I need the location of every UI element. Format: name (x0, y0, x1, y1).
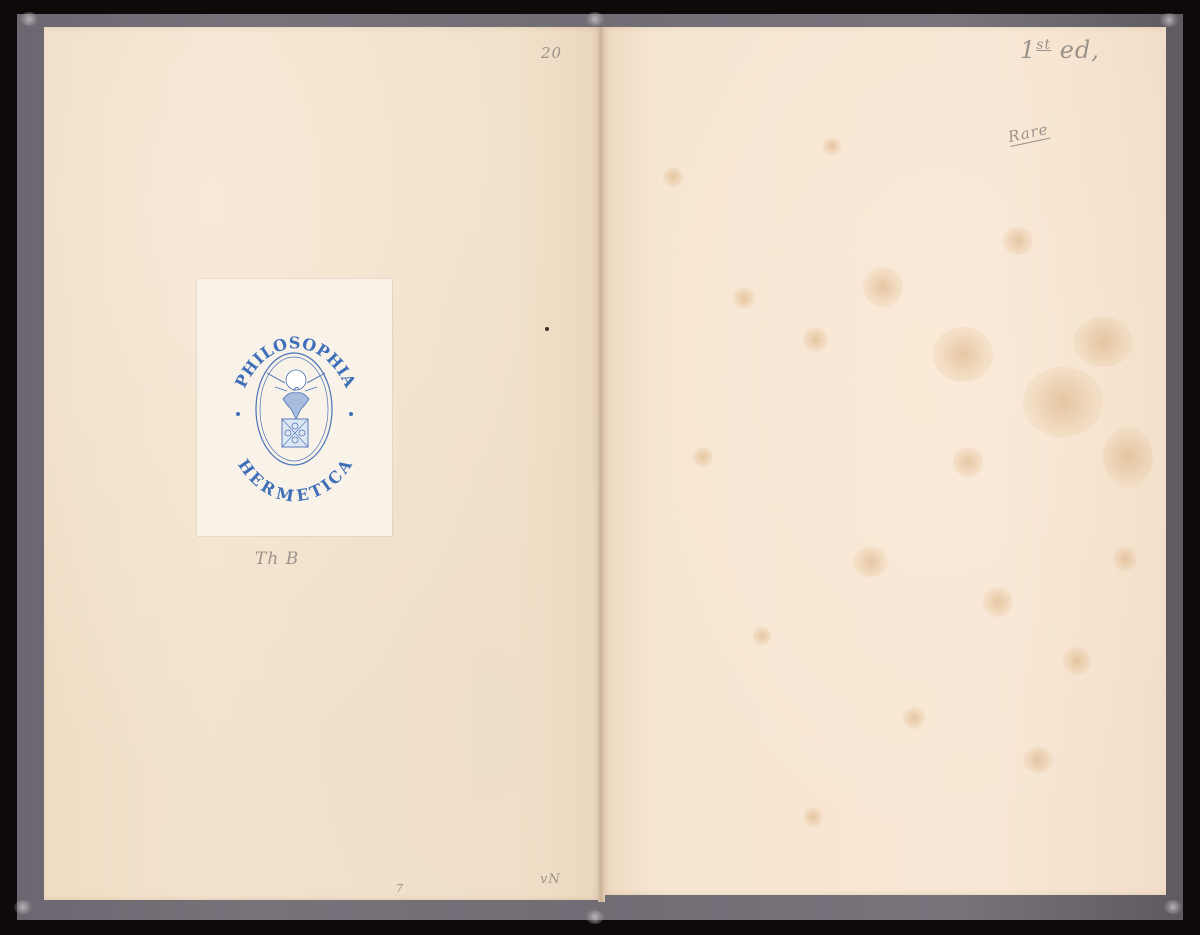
pencil-page-number: 20 (541, 44, 562, 62)
foxing-spot (693, 447, 713, 467)
foxing-spot (733, 287, 755, 309)
foxing-spot (983, 587, 1013, 617)
foxing-spot (933, 327, 993, 382)
cover-corner-wear (586, 12, 604, 26)
cover-corner-wear (14, 900, 32, 914)
foxing-spot (1023, 747, 1053, 773)
foxing-spot (1103, 427, 1153, 487)
foxing-spot (1003, 227, 1033, 255)
book-scan: PHILOSOPHIA HERMETICA 20 Th B vN 7 1st e… (0, 0, 1200, 935)
foxing-spot (753, 627, 771, 645)
foxing-spot (823, 137, 841, 155)
foxing-spot (863, 267, 903, 307)
pencil-note-thb: Th B (255, 549, 299, 569)
edition-abbrev: ed, (1051, 36, 1100, 64)
foxing-spot (663, 167, 683, 187)
book-gutter (598, 27, 605, 902)
bookplate-philosophia-hermetica: PHILOSOPHIA HERMETICA (197, 279, 392, 536)
svg-text:HERMETICA: HERMETICA (234, 456, 356, 506)
cover-corner-wear (20, 12, 38, 26)
cover-corner-wear (1164, 900, 1182, 914)
foxing-spot (903, 707, 925, 729)
foxing-spot (1063, 647, 1091, 675)
ink-spot (545, 327, 549, 331)
foxing-spot (1113, 547, 1137, 571)
pencil-edition-note: 1st ed, (1020, 36, 1100, 64)
pelican-in-piety-icon: PHILOSOPHIA HERMETICA (197, 279, 392, 536)
foxing-spot (803, 327, 828, 352)
pencil-note-vn: vN (540, 872, 561, 887)
foxing-spot (853, 547, 888, 577)
cover-corner-wear (586, 910, 604, 924)
pencil-mark-7: 7 (396, 882, 404, 895)
foxing-spot (953, 447, 983, 477)
cover-corner-wear (1160, 13, 1178, 27)
edition-ordinal: st (1036, 37, 1051, 53)
edition-number: 1 (1020, 36, 1036, 64)
foxing-spot (1073, 317, 1133, 367)
foxing-spot (803, 807, 823, 827)
foxing-spot (1023, 367, 1103, 437)
right-endpaper-page (603, 27, 1166, 895)
